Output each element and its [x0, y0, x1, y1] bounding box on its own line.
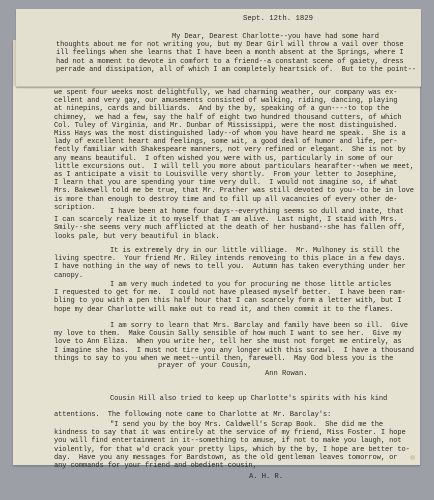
paragraph-line: I requested to get for me. I could not h…: [54, 289, 406, 297]
paragraph-line: bling to you with a pen this half hour t…: [54, 297, 402, 305]
body-text-line: scription.: [54, 204, 95, 212]
body-text-line: Col. Tuley of Virginia, and Mr. Dunbar o…: [54, 122, 397, 130]
paragraph-line: hope my dear Charlotte will make out to …: [54, 306, 393, 314]
paragraph-line: my love to them. Make Cousin Sally sensi…: [54, 330, 402, 338]
paragraph-line: Smily--she seems very much afflicted at …: [54, 224, 406, 232]
letter-date: Sept. 12th. 1829: [243, 15, 313, 23]
paper-stain: [410, 455, 415, 460]
body-text-line: cellent and very gay, our amusements con…: [54, 97, 397, 105]
narrative-line: attentions. The following note came to C…: [54, 411, 331, 419]
body-text-line: at ninepins, cards and billiards. And by…: [54, 105, 389, 113]
note-line: "I send you by the boy Mrs. Caldwell's S…: [110, 421, 383, 429]
paragraph-line: I imagine she has. I must not tire you a…: [54, 347, 414, 355]
slip-text-line: ill feelings when she learns that I have…: [56, 49, 404, 57]
body-text-line: fectly familiar with Shakespeare manners…: [54, 146, 406, 154]
paragraph-line: living spectre. Your friend Mr. Riley in…: [54, 255, 406, 263]
body-text-line: little excursions out. I will tell you m…: [54, 163, 414, 171]
paragraph-line: It is extremely dry in our little villia…: [110, 247, 400, 255]
note-line: violently, for that w'd crack your prett…: [54, 446, 410, 454]
paragraph-line: I am very much indeted to you for procur…: [110, 281, 391, 289]
narrative-line: Cousin Hill also tried to keep up Charlo…: [110, 395, 387, 403]
body-text-line: as I anticipate a visit to Louisville ve…: [54, 171, 397, 179]
note-line: kindness to say that it was entirely at …: [54, 429, 406, 437]
paragraph-line: I can scarcely realize it to myself that…: [54, 216, 397, 224]
body-text-line: Miss Hays was the most distinguished lad…: [54, 130, 406, 138]
body-text-line: chimney, we had a few, say the half of e…: [54, 114, 402, 122]
paragraph-line: I am sorry to learn that Mrs. Barclay an…: [110, 322, 408, 330]
body-text-line: is more than enough to destroy time and …: [54, 196, 397, 204]
body-text-line: I learn that you are spending your time …: [54, 179, 397, 187]
body-text-line: we spent four weeks most delightfully, w…: [54, 89, 397, 97]
paragraph-line: canopy.: [54, 272, 83, 280]
body-text-line: any means beautiful. I often wished you …: [54, 155, 393, 163]
body-text-line: Mrs. Bakewell told me be true, that Mr. …: [54, 187, 414, 195]
body-text-line: lady of excellent heart and feelings, so…: [54, 138, 397, 146]
paragraph-line: I have nothing in the way of news to tel…: [54, 263, 406, 271]
slip-text-line: thoughts about me for not writing you, b…: [56, 41, 404, 49]
note-line: any commands for your friend and obedien…: [54, 462, 257, 470]
paragraph-line: I have been at home four days--everythin…: [110, 208, 404, 216]
slip-text-line: My Dear, Dearest Charlotte--you have had…: [172, 33, 379, 41]
note-signature: A. H. R.: [249, 473, 283, 481]
slip-text-line: had not a moment to devote in comfort to…: [56, 58, 404, 66]
paragraph-line: looks pale, but very beautiful in black.: [54, 233, 219, 241]
note-line: you will find entertainment in it--somet…: [54, 437, 402, 445]
paragraph-line: love to Ann Eliza. When you write her, t…: [54, 338, 402, 346]
note-line: day. Have you any messages for Bardstown…: [54, 454, 397, 462]
signature: Ann Rowan.: [265, 370, 308, 378]
slip-text-line: perrade and dissipation, all of which I …: [56, 66, 416, 74]
closing-line: prayer of your Cousin,: [158, 362, 252, 370]
